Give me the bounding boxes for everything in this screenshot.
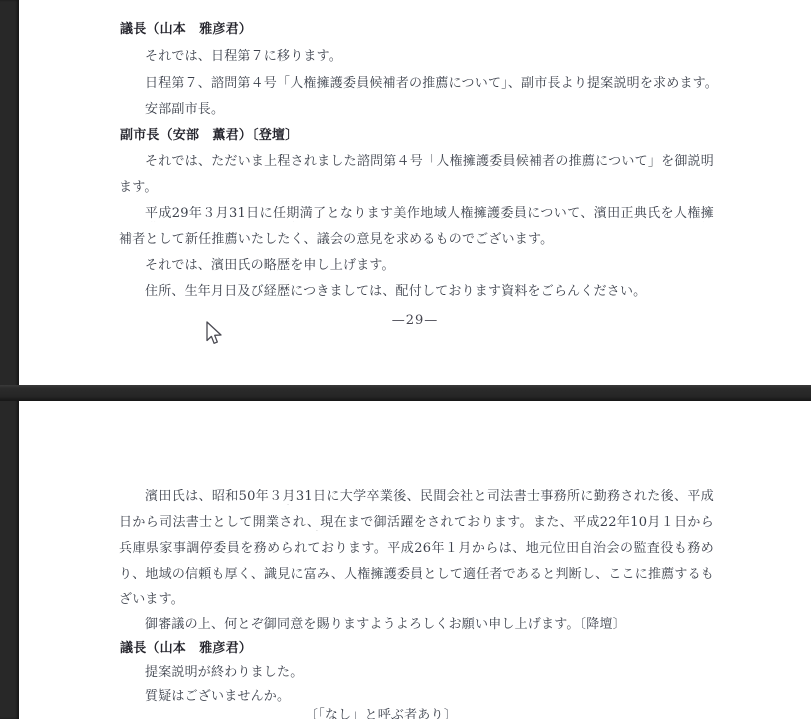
document-page-30: 濱田氏は、昭和50年３月31日に大学卒業後、民間会社と司法書士事務所に勤務された… [19, 401, 811, 719]
text-line: 兵庫県家事調停委員を務められております。平成26年１月からは、地元位田自治会の監… [119, 541, 714, 557]
text-line: 平成29年３月31日に任期満了となります美作地域人権擁護委員について、濱田正典氏… [145, 206, 714, 222]
text-line: ます。 [119, 180, 158, 196]
text-line: それでは、ただいま上程されました諮問第４号「人権擁護委員候補者の推薦について」を… [145, 154, 714, 170]
document-page-29: 議長（山本 雅彦君） それでは、日程第７に移ります。 日程第７、諮問第４号「人権… [19, 0, 811, 385]
page-number: —29— [19, 313, 811, 329]
text-line: 住所、生年月日及び経歴につきましては、配付しております資料をごらんください。 [145, 284, 646, 300]
text-line: 〔「なし」と呼ぶ者あり〕 [305, 708, 457, 719]
pdf-viewer-canvas[interactable]: 議長（山本 雅彦君） それでは、日程第７に移ります。 日程第７、諮問第４号「人権… [0, 0, 811, 719]
text-line: 補者として新任推薦いたしたく、議会の意見を求めるものでございます。 [119, 232, 553, 248]
text-line: それでは、濱田氏の略歴を申し上げます。 [145, 258, 395, 274]
text-line: 日程第７、諮問第４号「人権擁護委員候補者の推薦について」、副市長より提案説明を求… [145, 76, 718, 92]
speaker-heading: 副市長（安部 薫君）〔登壇〕 [120, 128, 298, 144]
speaker-heading: 議長（山本 雅彦君） [120, 641, 252, 657]
speaker-heading: 議長（山本 雅彦君） [120, 22, 252, 38]
text-line: 提案説明が終わりました。 [145, 665, 303, 681]
text-line: 御審議の上、何とぞ御同意を賜りますようよろしくお願い申し上げます。〔降壇〕 [145, 617, 626, 633]
text-line: 濱田氏は、昭和50年３月31日に大学卒業後、民間会社と司法書士事務所に勤務された… [145, 489, 714, 505]
text-line: 質疑はございませんか。 [145, 689, 290, 705]
page-gap-separator [0, 385, 811, 401]
text-line: それでは、日程第７に移ります。 [145, 49, 342, 65]
text-line: り、地域の信頼も厚く、識見に富み、人権擁護委員として適任者であると判断し、ここに… [119, 567, 714, 583]
viewer-left-chrome [0, 0, 19, 719]
text-line: 安部副市長。 [145, 102, 224, 118]
text-line: 日から司法書士として開業され、現在まで御活躍をされております。また、平成22年1… [119, 515, 714, 531]
text-line: ざいます。 [119, 592, 184, 608]
